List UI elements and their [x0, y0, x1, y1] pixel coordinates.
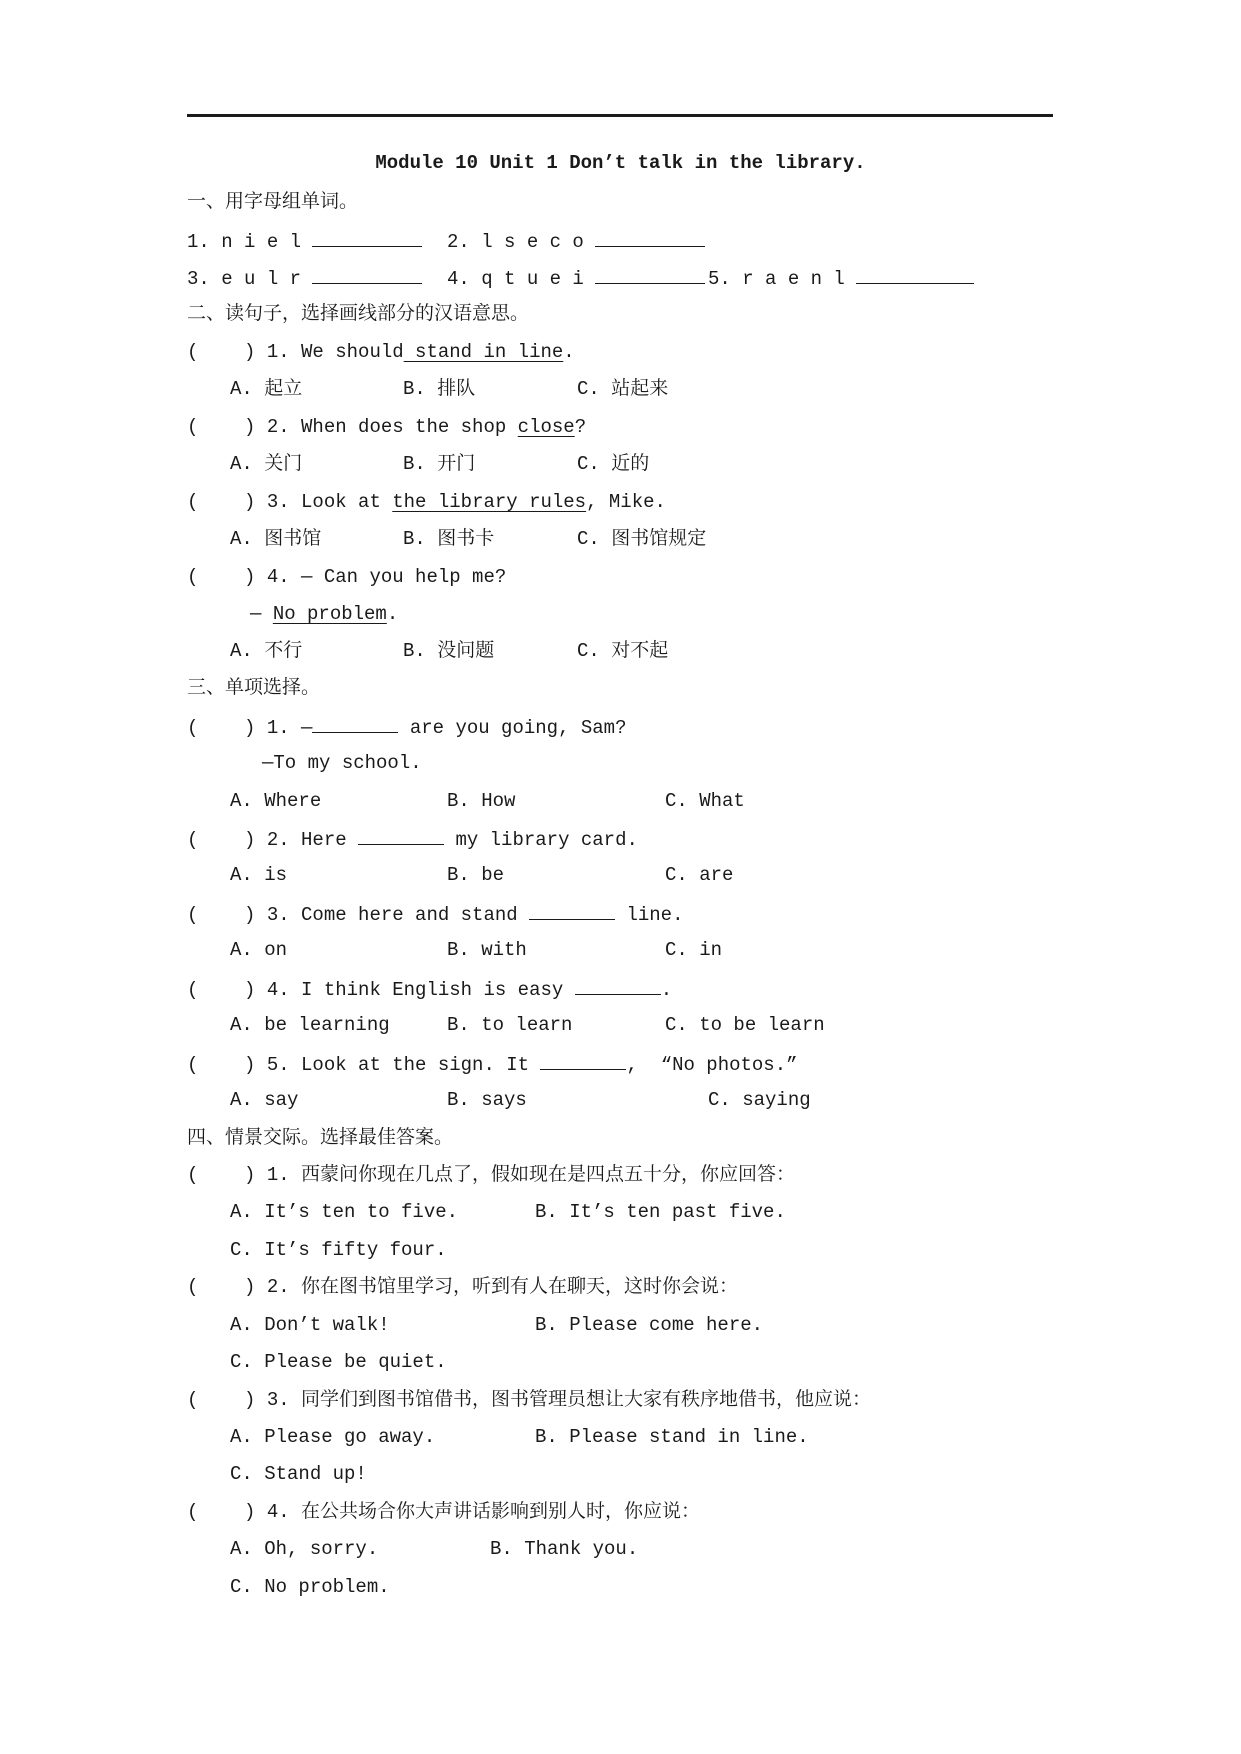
option-b: B. 图书卡 [403, 527, 494, 551]
option-a: A. be learning [230, 1013, 390, 1037]
word-item-4: 4. q t u e i [447, 265, 705, 291]
option-a: A. is [230, 863, 287, 887]
option-b: B. says [447, 1088, 527, 1112]
s2-question-2: ( ) 2. When does the shop close? [187, 415, 586, 439]
option-a: A. 图书馆 [230, 527, 321, 551]
s3-question-5: ( ) 5. Look at the sign. It , “No photos… [187, 1051, 798, 1077]
answer-paren[interactable]: ( ) [187, 904, 255, 926]
answer-blank[interactable] [595, 228, 705, 247]
option-a: A. Where [230, 789, 321, 813]
answer-blank[interactable] [312, 265, 422, 284]
option-b: B. Please stand in line. [535, 1425, 809, 1449]
fill-blank[interactable] [358, 826, 444, 845]
option-b: B. 排队 [403, 377, 475, 401]
option-c: C. 对不起 [577, 639, 668, 663]
option-b: B. to learn [447, 1013, 572, 1037]
option-c: C. No problem. [230, 1575, 390, 1599]
option-b: B. with [447, 938, 527, 962]
answer-paren[interactable]: ( ) [187, 979, 255, 1001]
word-item-3: 3. e u l r [187, 265, 422, 291]
option-b: B. How [447, 789, 515, 813]
answer-paren[interactable]: ( ) [187, 491, 255, 513]
s4-question-4: ( ) 4. 在公共场合你大声讲话影响到别人时，你应说： [187, 1500, 700, 1524]
answer-paren[interactable]: ( ) [187, 1501, 255, 1523]
option-c: C. 近的 [577, 452, 649, 476]
answer-paren[interactable]: ( ) [187, 416, 255, 438]
s3-question-3: ( ) 3. Come here and stand line. [187, 901, 684, 927]
option-c: C. Stand up! [230, 1462, 367, 1486]
option-a: A. Oh, sorry. [230, 1537, 378, 1561]
option-c: C. are [665, 863, 733, 887]
option-c: C. to be learn [665, 1013, 825, 1037]
word-item-2: 2. l s e c o [447, 228, 705, 254]
option-c: C. It’s fifty four. [230, 1238, 447, 1262]
s4-question-1: ( ) 1. 西蒙问你现在几点了，假如现在是四点五十分，你应回答： [187, 1163, 795, 1187]
answer-paren[interactable]: ( ) [187, 1276, 255, 1298]
section2-heading: 二、读句子，选择画线部分的汉语意思。 [187, 302, 529, 326]
s3-question-1: ( ) 1. — are you going, Sam? [187, 714, 626, 740]
answer-blank[interactable] [595, 265, 705, 284]
option-a: A. Please go away. [230, 1425, 435, 1449]
fill-blank[interactable] [312, 714, 398, 733]
option-b: B. 开门 [403, 452, 475, 476]
s3-question-2: ( ) 2. Here my library card. [187, 826, 638, 852]
option-c: C. saying [708, 1088, 811, 1112]
option-b: B. be [447, 863, 504, 887]
option-c: C. in [665, 938, 722, 962]
s2-question-3: ( ) 3. Look at the library rules, Mike. [187, 490, 666, 514]
option-a: A. on [230, 938, 287, 962]
s2-question-1: ( ) 1. We should stand in line. [187, 340, 575, 364]
fill-blank[interactable] [540, 1051, 626, 1070]
section1-heading: 一、用字母组单词。 [187, 190, 358, 214]
answer-paren[interactable]: ( ) [187, 829, 255, 851]
option-b: B. Thank you. [490, 1537, 638, 1561]
s2-question-4: ( ) 4. — Can you help me? [187, 565, 506, 589]
option-a: A. 不行 [230, 639, 302, 663]
s3-question-4: ( ) 4. I think English is easy . [187, 976, 672, 1002]
answer-paren[interactable]: ( ) [187, 341, 255, 363]
answer-paren[interactable]: ( ) [187, 566, 255, 588]
page-title: Module 10 Unit 1 Don’t talk in the libra… [0, 152, 1241, 174]
option-a: A. It’s ten to five. [230, 1200, 458, 1224]
section3-heading: 三、单项选择。 [187, 676, 320, 700]
section4-heading: 四、情景交际。选择最佳答案。 [187, 1126, 453, 1150]
header-rule [187, 114, 1053, 117]
answer-blank[interactable] [856, 265, 974, 284]
word-item-1: 1. n i e l [187, 228, 422, 254]
option-c: C. 站起来 [577, 377, 668, 401]
option-c: C. What [665, 789, 745, 813]
word-item-5: 5. r a e n l [708, 265, 974, 291]
s4-question-3: ( ) 3. 同学们到图书馆借书，图书管理员想让大家有秩序地借书，他应说： [187, 1388, 871, 1412]
fill-blank[interactable] [575, 976, 661, 995]
option-b: B. Please come here. [535, 1313, 763, 1337]
answer-paren[interactable]: ( ) [187, 1389, 255, 1411]
answer-paren[interactable]: ( ) [187, 1164, 255, 1186]
option-b: B. 没问题 [403, 639, 494, 663]
option-c: C. 图书馆规定 [577, 527, 706, 551]
answer-blank[interactable] [312, 228, 422, 247]
option-c: C. Please be quiet. [230, 1350, 447, 1374]
option-a: A. 关门 [230, 452, 302, 476]
option-b: B. It’s ten past five. [535, 1200, 786, 1224]
fill-blank[interactable] [529, 901, 615, 920]
s4-question-2: ( ) 2. 你在图书馆里学习，听到有人在聊天，这时你会说： [187, 1275, 738, 1299]
s2-question-4-reply: — No problem. [250, 602, 398, 626]
option-a: A. Don’t walk! [230, 1313, 390, 1337]
s3-question-1-reply: —To my school. [262, 751, 422, 775]
option-a: A. 起立 [230, 377, 302, 401]
option-a: A. say [230, 1088, 298, 1112]
answer-paren[interactable]: ( ) [187, 717, 255, 739]
answer-paren[interactable]: ( ) [187, 1054, 255, 1076]
